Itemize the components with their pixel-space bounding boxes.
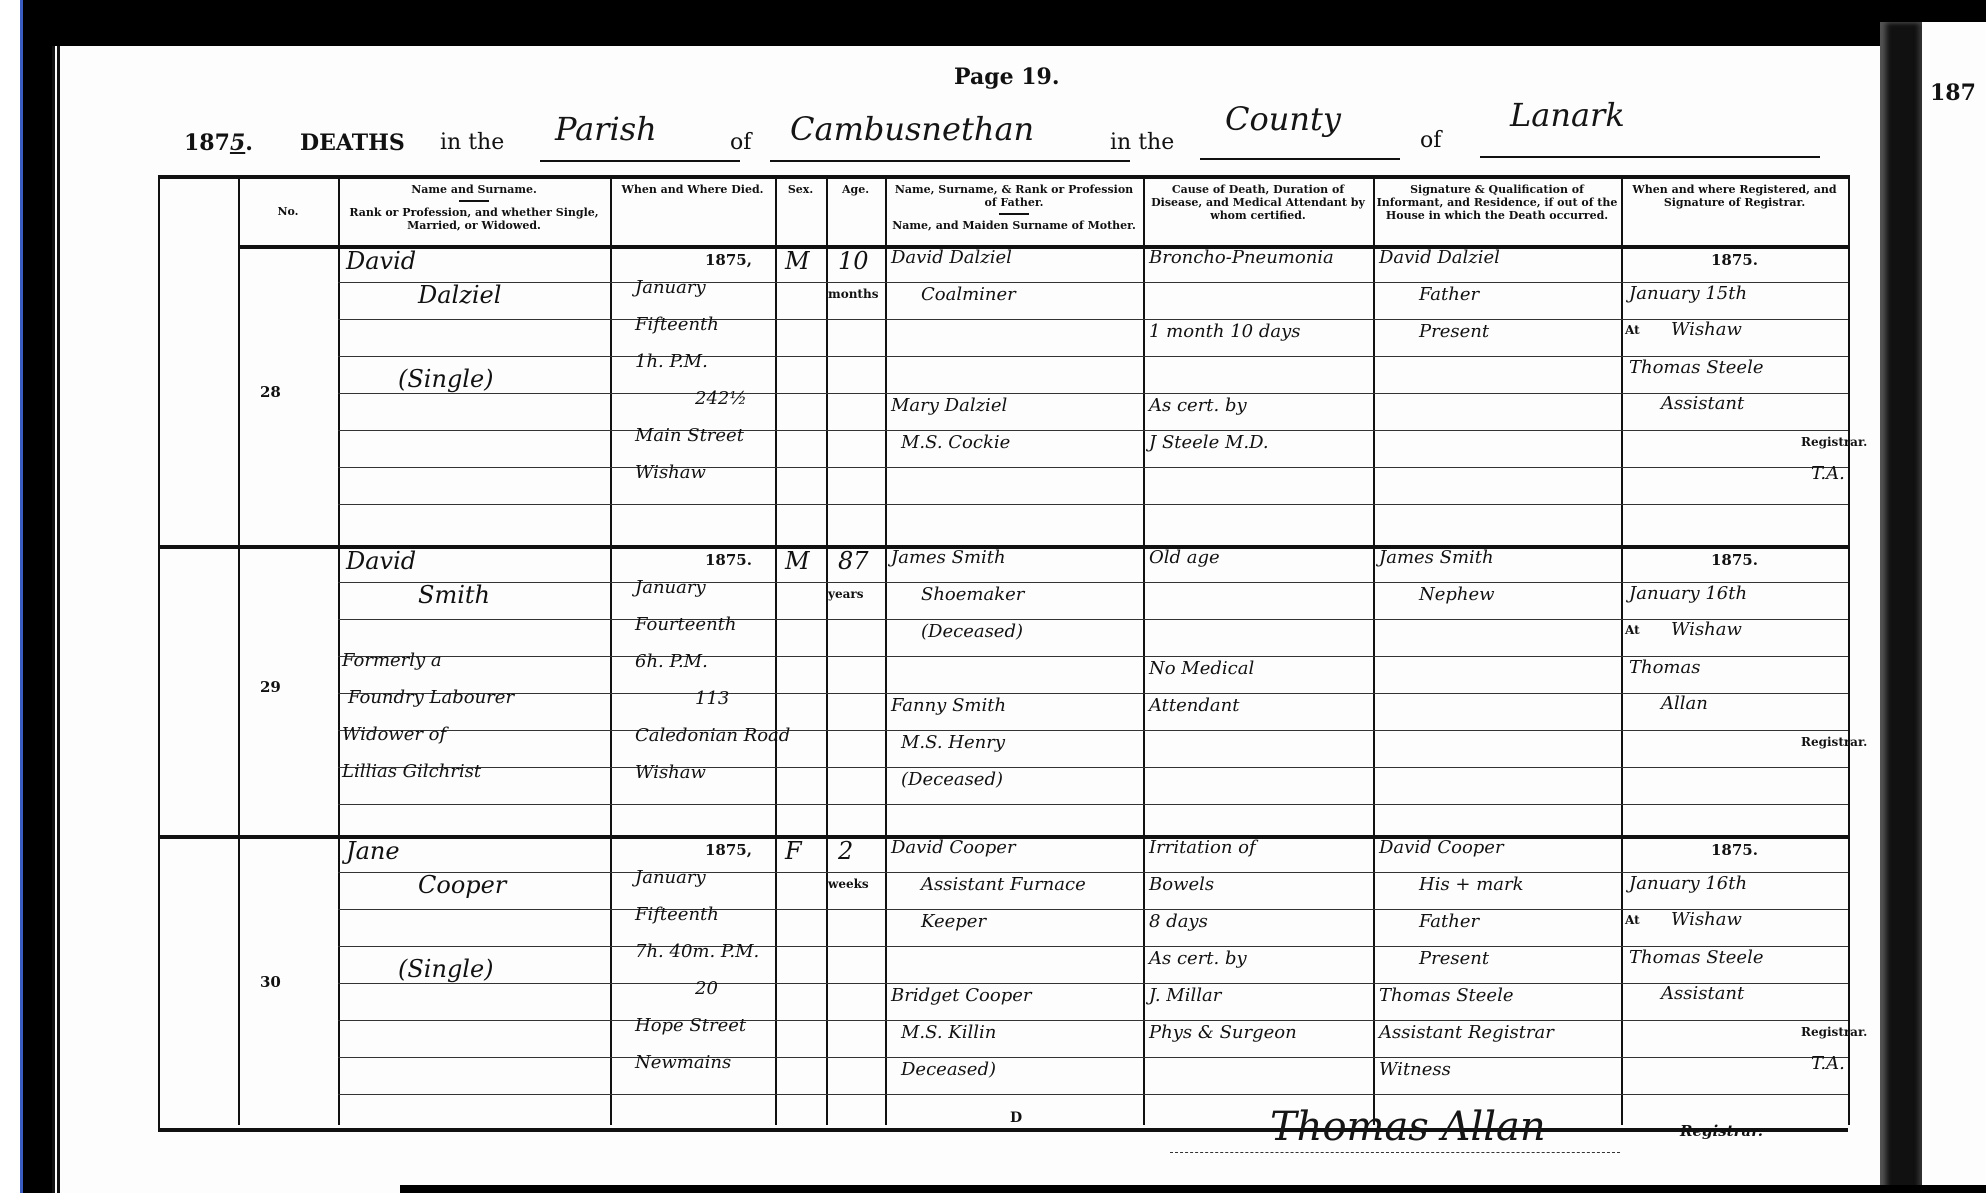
mother-detail: Deceased) (901, 1059, 996, 1080)
column-header: Signature & Qualification of Informant, … (1376, 183, 1618, 222)
mother-detail: M.S. Killin (901, 1022, 996, 1043)
fill-line (540, 160, 740, 162)
father-detail: David Cooper (891, 837, 1016, 858)
rank-or-status: Formerly a (342, 650, 442, 671)
column-rule (238, 175, 240, 1125)
registrar-label: Registrar. (1801, 1025, 1867, 1039)
in-the-label: in the (1110, 130, 1174, 155)
registration-place: Wishaw (1671, 619, 1742, 640)
ruled-line (338, 356, 1848, 357)
ruled-line (338, 1020, 1848, 1021)
registrar-initials: T.A. (1811, 463, 1845, 484)
scan-margin (0, 0, 20, 1193)
register-title: DEATHS (300, 130, 405, 156)
column-label: Name, Surname, & Rank or Profession of F… (895, 183, 1133, 209)
ruled-line (338, 656, 1848, 657)
cause-of-death: As cert. by (1149, 395, 1247, 416)
informant-detail: Father (1419, 284, 1479, 305)
registration-date: January 15th (1629, 283, 1747, 304)
age-value: 87 (838, 547, 869, 575)
deceased-first-name: David (346, 247, 416, 275)
registrar-label: Registrar. (1801, 435, 1867, 449)
district-type: Parish (555, 110, 657, 148)
death-date-place: January (635, 277, 706, 298)
page-number: Page 19. (954, 64, 1060, 90)
sex: M (785, 247, 810, 275)
informant-detail: His + mark (1419, 874, 1524, 895)
column-header: No. (241, 205, 335, 218)
registrar-title: Allan (1661, 693, 1708, 714)
sex: F (785, 837, 802, 865)
age-unit: months (828, 287, 878, 301)
father-detail: James Smith (891, 547, 1006, 568)
informant-detail: Nephew (1419, 584, 1495, 605)
deceased-surname: Smith (418, 581, 490, 609)
cause-of-death: Old age (1149, 547, 1220, 568)
rank-or-status: Lillias Gilchrist (342, 761, 481, 782)
at-label: At (1625, 623, 1640, 637)
death-date-place: 1h. P.M. (635, 351, 708, 372)
mother-detail: M.S. Cockie (901, 432, 1010, 453)
column-header: When and where Registered, and Signature… (1624, 183, 1845, 209)
deceased-first-name: David (346, 547, 416, 575)
column-header: When and Where Died. (613, 183, 772, 196)
mother-detail: (Deceased) (901, 769, 1003, 790)
sheet-letter: D (1010, 1110, 1022, 1126)
fill-line (1480, 156, 1820, 158)
registration-year: 1875. (1711, 551, 1758, 569)
column-label: Age. (842, 183, 869, 196)
mother-detail: Fanny Smith (891, 695, 1006, 716)
column-label: Signature & Qualification of Informant, … (1377, 183, 1618, 222)
mother-detail: Bridget Cooper (891, 985, 1031, 1006)
column-label: When and where Registered, and Signature… (1632, 183, 1836, 209)
death-date-place: January (635, 577, 706, 598)
ruled-line (338, 909, 1848, 910)
scan-border-bottom (400, 1185, 1986, 1193)
marital-status: (Single) (398, 365, 494, 393)
registration-date: January 16th (1629, 873, 1747, 894)
informant-detail: Present (1419, 948, 1489, 969)
book-spine (1880, 22, 1922, 1193)
ruled-line (338, 1094, 1848, 1095)
document-scan: 1875. DEATHS in the Parish of Cambusneth… (0, 0, 1986, 1193)
table-bottom-rule (158, 1128, 1848, 1132)
death-date-place: Fifteenth (635, 314, 719, 335)
informant-detail: Witness (1379, 1059, 1451, 1080)
region-name: Lanark (1510, 96, 1625, 134)
registration-year: 1875. (1711, 251, 1758, 269)
column-label: No. (277, 205, 298, 218)
ruled-line (338, 619, 1848, 620)
of-label: of (730, 130, 751, 155)
death-date-place: 113 (695, 688, 729, 709)
table-top-rule (158, 175, 1848, 179)
ruled-line (338, 282, 1848, 283)
column-header: Name, Surname, & Rank or Profession of F… (888, 183, 1140, 232)
column-sublabel: Name, and Maiden Surname of Mother. (892, 219, 1136, 232)
ruled-line (338, 467, 1848, 468)
marital-status: (Single) (398, 955, 494, 983)
cause-of-death: J. Millar (1149, 985, 1221, 1006)
entry-number: 30 (260, 973, 281, 991)
column-header: Name and Surname.Rank or Profession, and… (341, 183, 607, 232)
entry-number: 28 (260, 383, 281, 401)
column-label: When and Where Died. (621, 183, 763, 196)
ruled-line (338, 1057, 1848, 1058)
cause-of-death: J Steele M.D. (1149, 432, 1269, 453)
ruled-line (338, 582, 1848, 583)
informant-detail: Present (1419, 321, 1489, 342)
registrar-name: Thomas (1629, 657, 1700, 678)
registrar-name: Thomas Steele (1629, 357, 1763, 378)
death-register-table: No.Name and Surname.Rank or Profession, … (158, 175, 1848, 1135)
informant-detail: James Smith (1379, 547, 1494, 568)
header-divider (459, 200, 489, 202)
informant-detail: David Cooper (1379, 837, 1504, 858)
rank-or-status: Widower of (342, 724, 446, 745)
column-rule (158, 175, 160, 1130)
mother-detail: Mary Dalziel (891, 395, 1007, 416)
registrar-name: Thomas Steele (1629, 947, 1763, 968)
ruled-line (338, 767, 1848, 768)
cause-of-death: 8 days (1149, 911, 1208, 932)
scan-edge-line (20, 0, 23, 1193)
of-label: of (1420, 128, 1441, 153)
cause-of-death: No Medical (1149, 658, 1254, 679)
rank-or-status: Foundry Labourer (348, 687, 514, 708)
ruled-line (338, 504, 1848, 505)
at-label: At (1625, 323, 1640, 337)
registration-place: Wishaw (1671, 319, 1742, 340)
in-the-label: in the (440, 130, 504, 155)
age-unit: weeks (828, 877, 869, 891)
death-date-place: Hope Street (635, 1015, 746, 1036)
ruled-line (338, 983, 1848, 984)
registration-year: 1875. (1711, 841, 1758, 859)
region-type: County (1225, 100, 1341, 138)
ruled-line (338, 946, 1848, 947)
informant-detail: Father (1419, 911, 1479, 932)
death-date-place: Newmains (635, 1052, 731, 1073)
registration-place: Wishaw (1671, 909, 1742, 930)
death-date-place: 242½ (695, 388, 747, 409)
next-page-year: 187 (1930, 80, 1976, 106)
column-header: Sex. (778, 183, 823, 196)
informant-detail: David Dalziel (1379, 247, 1500, 268)
column-rule (1848, 175, 1850, 1125)
adjacent-page (1922, 22, 1986, 1193)
fill-line (770, 160, 1130, 162)
registrar-label: Registrar. (1680, 1122, 1763, 1140)
ruled-line (338, 319, 1848, 320)
death-date-place: Wishaw (635, 462, 706, 483)
ruled-line (338, 693, 1848, 694)
death-year: 1875, (705, 841, 752, 859)
column-label: Sex. (788, 183, 813, 196)
father-detail: Coalminer (921, 284, 1016, 305)
death-date-place: January (635, 867, 706, 888)
informant-detail: Assistant Registrar (1379, 1022, 1554, 1043)
registrar-label: Registrar. (1801, 735, 1867, 749)
father-detail: Keeper (921, 911, 986, 932)
death-date-place: Fourteenth (635, 614, 737, 635)
deceased-surname: Cooper (418, 871, 506, 899)
header-divider (999, 213, 1029, 215)
district-name: Cambusnethan (790, 110, 1034, 148)
death-date-place: Fifteenth (635, 904, 719, 925)
column-label: Cause of Death, Duration of Disease, and… (1151, 183, 1365, 222)
column-header: Cause of Death, Duration of Disease, and… (1146, 183, 1370, 222)
registration-date: January 16th (1629, 583, 1747, 604)
age-value: 2 (838, 837, 853, 865)
cause-of-death: Attendant (1149, 695, 1239, 716)
death-date-place: Caledonian Road (635, 725, 790, 746)
mother-detail: M.S. Henry (901, 732, 1005, 753)
father-detail: Assistant Furnace (921, 874, 1086, 895)
father-detail: (Deceased) (921, 621, 1023, 642)
fill-line (1200, 158, 1400, 160)
column-sublabel: Rank or Profession, and whether Single, … (349, 206, 598, 232)
cause-of-death: 1 month 10 days (1149, 321, 1301, 342)
ruled-line (338, 430, 1848, 431)
death-year: 1875. (705, 551, 752, 569)
registrar-initials: T.A. (1811, 1053, 1845, 1074)
cause-of-death: Bowels (1149, 874, 1214, 895)
signature-line (1170, 1152, 1620, 1153)
cause-of-death: Irritation of (1149, 837, 1256, 858)
cause-of-death: Broncho-Pneumonia (1149, 247, 1334, 268)
ruled-line (338, 730, 1848, 731)
deceased-first-name: Jane (346, 837, 400, 865)
at-label: At (1625, 913, 1640, 927)
header-bottom-rule (238, 245, 1848, 249)
informant-detail: Thomas Steele (1379, 985, 1513, 1006)
death-date-place: Main Street (635, 425, 744, 446)
scan-border-top (0, 0, 1986, 22)
age-unit: years (828, 587, 863, 601)
ruled-line (338, 804, 1848, 805)
registrar-title: Assistant (1661, 983, 1744, 1004)
sex: M (785, 547, 810, 575)
death-date-place: 20 (695, 978, 718, 999)
registrar-signature: Thomas Allan (1270, 1104, 1546, 1150)
column-label: Name and Surname. (411, 183, 537, 196)
father-detail: Shoemaker (921, 584, 1024, 605)
cause-of-death: Phys & Surgeon (1149, 1022, 1297, 1043)
register-year: 1875. (184, 130, 253, 156)
ruled-line (338, 393, 1848, 394)
death-date-place: 6h. P.M. (635, 651, 708, 672)
cause-of-death: As cert. by (1149, 948, 1247, 969)
death-date-place: Wishaw (635, 762, 706, 783)
death-year: 1875, (705, 251, 752, 269)
entry-number: 29 (260, 678, 281, 696)
death-date-place: 7h. 40m. P.M. (635, 941, 759, 962)
registrar-title: Assistant (1661, 393, 1744, 414)
father-detail: David Dalziel (891, 247, 1012, 268)
age-value: 10 (838, 247, 869, 275)
deceased-surname: Dalziel (418, 281, 501, 309)
ruled-line (338, 872, 1848, 873)
column-header: Age. (829, 183, 882, 196)
